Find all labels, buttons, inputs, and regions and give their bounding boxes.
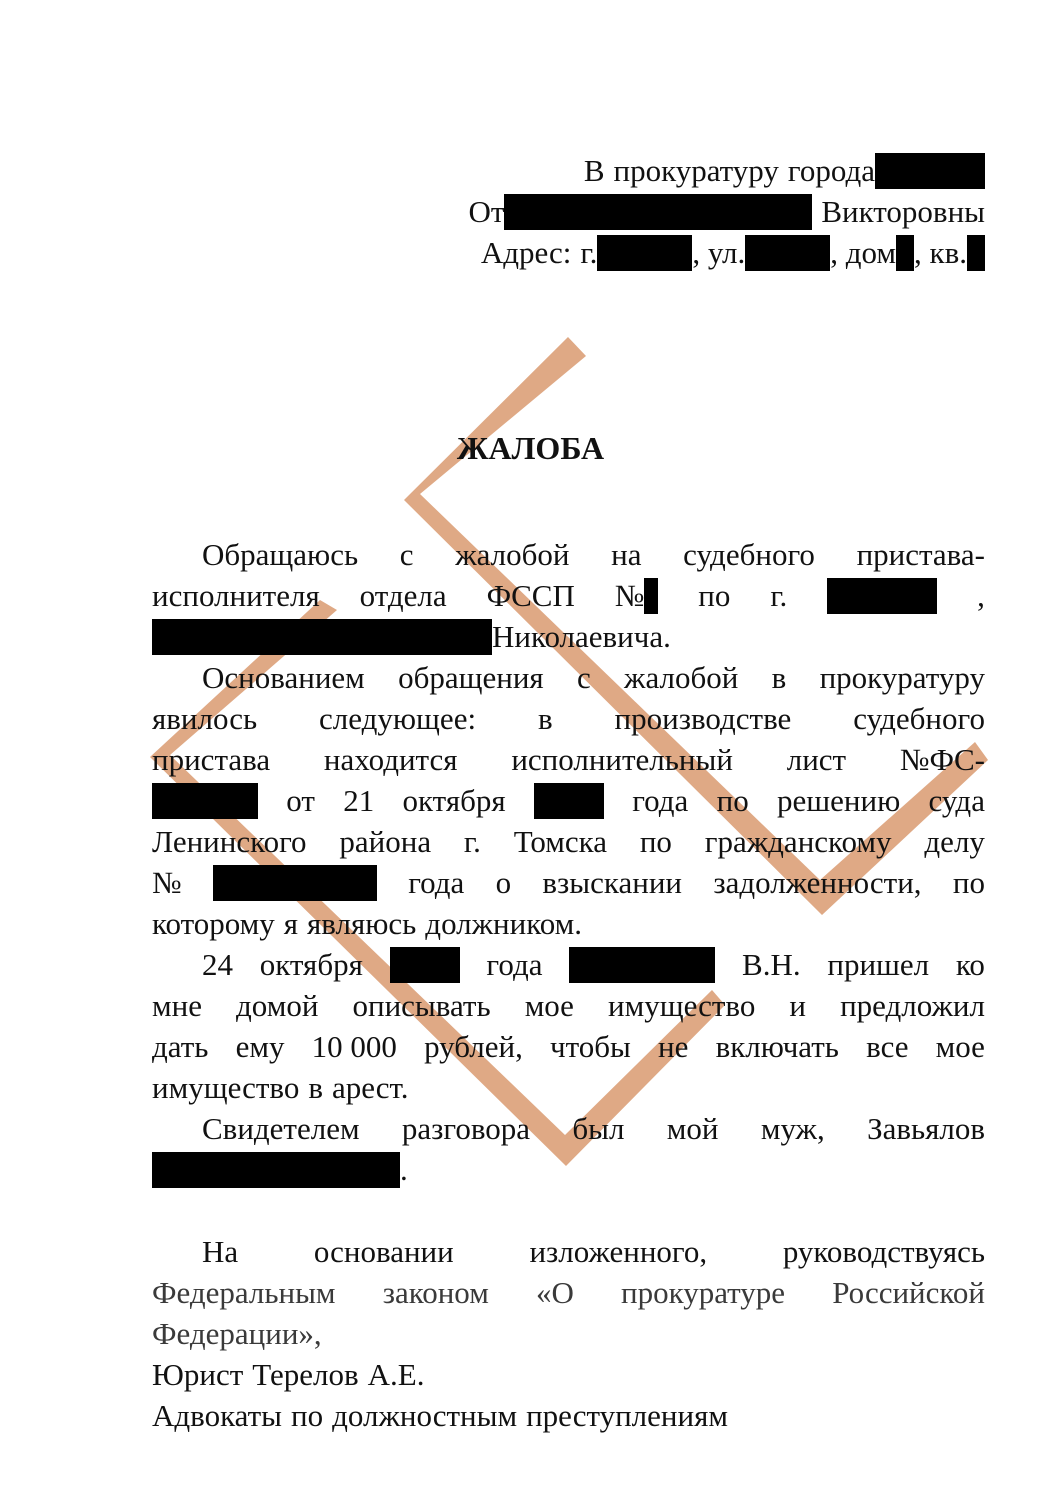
word: изложенного, [529,1234,707,1270]
word: суда [929,783,985,819]
redaction-box [534,783,604,819]
word: рублей, [424,1029,523,1065]
word: делу [924,824,985,860]
word: в [538,701,553,737]
word: задолженности, [713,865,921,901]
word: На [202,1234,238,1270]
text-line: Федерации», [152,1313,985,1354]
word: г. [770,578,787,614]
word: и [789,988,806,1024]
text-line: Наоснованииизложенного,руководствуясь [152,1231,985,1272]
redaction-box [152,619,492,655]
word: основании [314,1234,454,1270]
word: по [698,578,730,614]
word: мое [936,1029,985,1065]
word: , дом [830,235,896,271]
word: г. [464,824,481,860]
redaction-box [152,783,258,819]
word: исполнительный [511,742,733,778]
word: взыскании [542,865,682,901]
word: описывать [352,988,490,1024]
redaction-box [569,947,715,983]
word: г. [580,235,597,271]
word: Обращаюсь [202,537,358,573]
text-line: Ленинскогорайонаг.Томскапогражданскомуде… [152,821,985,862]
word: В [584,153,605,189]
word: жалобой [455,537,569,573]
text-line: ОтВикторовны [152,191,985,232]
word: Российской [832,1275,985,1311]
word: разговора [402,1111,530,1147]
word: дать [152,1029,208,1065]
word: №ФС- [900,742,985,778]
word: исполнителя [152,578,320,614]
word: Федеральным [152,1275,336,1311]
word: Федерации», [152,1316,322,1352]
text-line: Адвокатыподолжностнымпреступлениям [152,1395,985,1436]
text-line: от21октябрягодапорешениюсуда [152,780,985,821]
word: А.Е. [368,1357,425,1393]
redaction-box [896,235,914,271]
word: Юрист [152,1357,243,1393]
word: пристава [152,742,270,778]
redaction-box [745,235,830,271]
word: включать [716,1029,839,1065]
word: года [632,783,688,819]
word: должностным [332,1398,517,1434]
word: по [640,824,672,860]
text-line: имуществоварест. [152,1067,985,1108]
word: производстве [615,701,792,737]
word: № [615,578,645,614]
document-title: ЖАЛОБА [0,430,1061,467]
word: я [284,906,298,942]
word: по [717,783,749,819]
word: должником. [425,906,582,942]
word: с [400,537,414,573]
word: Николаевича. [492,619,671,655]
redaction-box [504,194,812,230]
word: Завьялов [867,1111,985,1147]
word: «О [536,1275,574,1311]
word: октября [403,783,506,819]
word: являюсь [307,906,416,942]
document-page: ВпрокуратуругородаОтВикторовныАдрес:г., … [0,0,1061,1500]
text-line: Впрокуратуругорода [152,150,985,191]
word: муж, [761,1111,825,1147]
word: пришел [827,947,929,983]
word: 24 [202,947,233,983]
word: чтобы [550,1029,631,1065]
word: ему [236,1029,285,1065]
word: Ленинского [152,824,307,860]
word: мое [525,988,574,1024]
word: по [291,1398,323,1434]
word: на [611,537,641,573]
word: судебного [683,537,815,573]
word: был [572,1111,624,1147]
word: преступлениям [526,1398,728,1434]
text-line: №годаовзысканиизадолженности,по [152,862,985,903]
word: прокуратуру [614,153,779,189]
word: Томска [514,824,607,860]
redaction-box [213,865,377,901]
word: имущество [608,988,755,1024]
text-line: Адрес:г., ул., дом, кв. [152,232,985,273]
text-line: Обращаюсьсжалобойнасудебногопристава- [152,534,985,575]
redaction-box [875,153,985,189]
word: , ул. [692,235,745,271]
word: города [788,153,875,189]
text-line: исполнителяотделаФССП№пог., [152,575,985,616]
word: прокуратуру [820,660,985,696]
word: Адвокаты [152,1398,282,1434]
word: , [977,578,985,614]
word: в [772,660,787,696]
word: года [486,947,542,983]
text-line: которомуяявляюсьдолжником. [152,903,985,944]
text-line: Свидетелемразговорабылмоймуж,Завьялов [152,1108,985,1149]
word: домой [236,988,318,1024]
word: пристава- [857,537,985,573]
word: явилось [152,701,257,737]
word: В.Н. [742,947,801,983]
word: 10 000 [312,1029,397,1065]
redaction-box [597,235,692,271]
word: . [400,1152,408,1188]
word: следующее: [319,701,476,737]
text-line: Николаевича. [152,616,985,657]
word: по [953,865,985,901]
redaction-box [827,578,937,614]
word: ко [956,947,985,983]
word: которому [152,906,275,942]
word: 21 [343,783,374,819]
text-line: мнедомойописыватьмоеимуществоипредложил [152,985,985,1026]
word: от [286,783,315,819]
word: ФССП [487,578,575,614]
word: лист [787,742,846,778]
text-line: явилосьследующее:впроизводствесудебного [152,698,985,739]
word: предложил [840,988,985,1024]
word: арест. [332,1070,409,1106]
redaction-box [152,1152,400,1188]
word: , кв. [914,235,967,271]
word: все [866,1029,908,1065]
word: отдела [360,578,447,614]
word: района [339,824,431,860]
text-line: . [152,1149,985,1190]
word: законом [383,1275,489,1311]
word: в [308,1070,323,1106]
redaction-box [390,947,460,983]
word: руководствуясь [783,1234,985,1270]
text-line: Федеральнымзаконом«ОпрокуратуреРоссийско… [152,1272,985,1313]
word: решению [777,783,900,819]
text-line: Основаниемобращениясжалобойвпрокуратуру [152,657,985,698]
text-line: 24октябрягодаВ.Н.пришелко [152,944,985,985]
word: жалобой [624,660,738,696]
word: № [152,865,182,901]
word: обращения [398,660,544,696]
word: имущество [152,1070,299,1106]
redaction-box [644,578,658,614]
text-line: приставанаходитсяисполнительныйлист№ФС- [152,739,985,780]
word: мой [667,1111,719,1147]
word: Викторовны [821,194,985,230]
redaction-box [967,235,985,271]
word: судебного [853,701,985,737]
word: гражданскому [705,824,892,860]
word: Основанием [202,660,365,696]
number-with-redaction: № [615,578,659,614]
word: с [577,660,591,696]
word: прокуратуре [621,1275,785,1311]
word: мне [152,988,202,1024]
text-line: датьему10 000рублей,чтобыневключатьвсемо… [152,1026,985,1067]
word: От [468,194,504,230]
word: находится [324,742,458,778]
word: Свидетелем [202,1111,360,1147]
word: октября [260,947,363,983]
word: Терелов [252,1357,358,1393]
word: не [658,1029,688,1065]
word: года [408,865,464,901]
text-line: ЮристТереловА.Е. [152,1354,985,1395]
word: Адрес: [481,235,572,271]
word: о [496,865,512,901]
